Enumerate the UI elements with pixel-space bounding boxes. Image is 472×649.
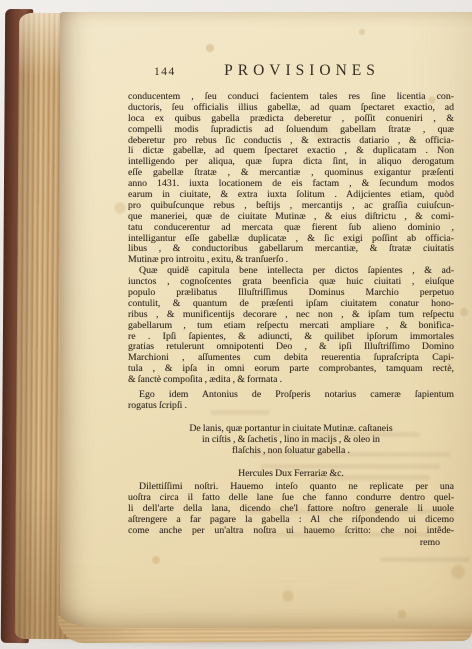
text-line: in ciſtis , & ſachetis , lino in macijs … bbox=[128, 435, 454, 446]
text-line: Hercules Dux Ferrariæ &c. bbox=[128, 469, 454, 480]
book-page: 144 PROVISIONES conducentem , ſeu conduc… bbox=[60, 12, 472, 628]
paragraph-notary: Ego idem Antonius de Proſperis notarius … bbox=[128, 390, 454, 412]
paragraph-italian: Dilettiſſimi noſtri. Hauemo inteſo quant… bbox=[128, 482, 454, 536]
heading-de-lanis: De lanis, quæ portantur in ciuitate Muti… bbox=[128, 424, 454, 457]
text-line: rogatus ſcripſi . bbox=[128, 401, 454, 412]
text-line: come anche per un'altra noſtra ui hauemo… bbox=[128, 526, 454, 537]
paragraph-latin-1: conducentem , ſeu conduci facientem tale… bbox=[128, 92, 454, 266]
paragraph-latin-2: Quæ quidẽ capitula bene intellecta per d… bbox=[128, 266, 454, 386]
page-header: 144 PROVISIONES bbox=[128, 62, 454, 80]
text-line: & ſanctè compoſita , ædita , & formata . bbox=[128, 375, 454, 386]
catchword-line: remo bbox=[128, 538, 454, 549]
text-blocks: conducentem , ſeu conduci facientem tale… bbox=[128, 92, 454, 549]
text-line: gabellarum , tum etiam reſpectu mercati … bbox=[128, 321, 454, 332]
text-line: compelli modis ſupradictis ad ſoluendum … bbox=[128, 125, 454, 136]
show-through bbox=[380, 557, 470, 562]
heading-hercules: Hercules Dux Ferrariæ &c. bbox=[128, 469, 454, 480]
text-line: remo bbox=[128, 538, 454, 549]
text-block: 144 PROVISIONES conducentem , ſeu conduc… bbox=[128, 62, 454, 549]
text-line: tatu conducerentur ad mercata quæ fieren… bbox=[128, 223, 454, 234]
text-line: flaſchis , non ſoluatur gabella . bbox=[128, 446, 454, 457]
running-title: PROVISIONES bbox=[150, 62, 454, 80]
book-photo: 144 PROVISIONES conducentem , ſeu conduc… bbox=[0, 0, 472, 649]
